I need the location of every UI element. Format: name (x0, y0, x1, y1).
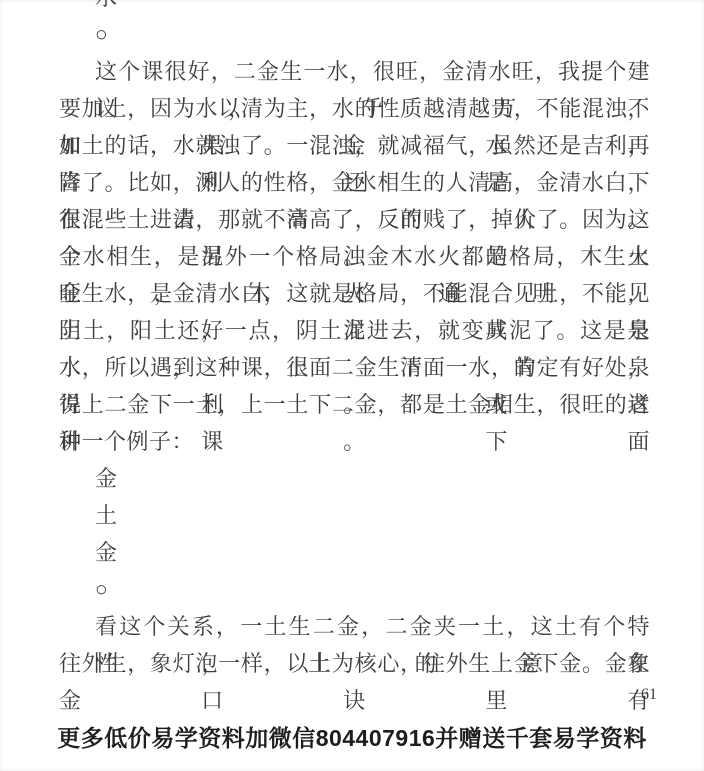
text-line: 往外生，象灯泡一样，以土为核心，往外生上金下金。金在金口诀里有 (59, 645, 650, 682)
element-gold-top: 金 (59, 460, 650, 497)
text-line: 加土的话，水就浊了。一混浊，就减福气，虽然还是吉利，吉利还是下 (59, 127, 650, 164)
text-line: 水，所以遇到这种课，上面二金生下面一水，肯定有好处，得利。或者 (59, 349, 650, 386)
text-line: 要加土，因为水以清为主，水的性质越清越贵，不能混浊，如果金水再 (59, 90, 650, 127)
footer-promo-notice: 更多低价易学资料加微信804407916并赠送千套易学资料 (0, 720, 704, 753)
page-number: 61 (641, 686, 657, 704)
clipped-top-character: 水 (59, 0, 650, 16)
text-line: 这个课很好，二金生一水，很旺，金清水旺，我提个建议，千万不 (59, 53, 650, 90)
text-line: 说上二金下一土，上一土下二金，都是土金相生，很旺的这种课。下面 (59, 386, 650, 423)
paragraph-2: 看这个关系，一土生二金，二金夹一土，这土有个特性，土的意象 往外生，象灯泡一样，… (59, 608, 650, 682)
text-line: 看这个关系，一土生二金，二金夹一土，这土有个特性，土的意象 (59, 608, 650, 645)
document-page: 水 ○ 这个课很好，二金生一水，很旺，金清水旺，我提个建议，千万不 要加土，因为… (0, 0, 704, 771)
element-earth: 土 (59, 497, 650, 534)
text-line: 降了。比如，测人的性格，金水相生的人清高，金清水白，很清高的人。 (59, 164, 650, 201)
example-column: 金 土 金 ○ (59, 460, 650, 608)
paragraph-1: 这个课很好，二金生一水，很旺，金清水旺，我提个建议，千万不 要加土，因为水以清为… (59, 53, 650, 460)
text-line: 在混些土进去，那就不清高了，反而贱了，掉价了。因为这个混浊的土 (59, 201, 650, 238)
text-line: 金水相生，是另外一个格局。金木水火都是格局，木生火旺，木火通明， (59, 238, 650, 275)
text-column: 水 ○ 这个课很好，二金生一水，很旺，金清水旺，我提个建议，千万不 要加土，因为… (59, 0, 650, 682)
circle-symbol: ○ (59, 571, 650, 608)
element-gold-bottom: 金 (59, 534, 650, 571)
circle-symbol: ○ (59, 16, 650, 53)
text-line: 阴土，阳土还好一点，阴土混进去，就变成泥了。这是泉水，很清的泉 (59, 312, 650, 349)
text-line: 金生水，是金清水白，这就是格局，不能混合见土，不能见土，尤其是 (59, 275, 650, 312)
